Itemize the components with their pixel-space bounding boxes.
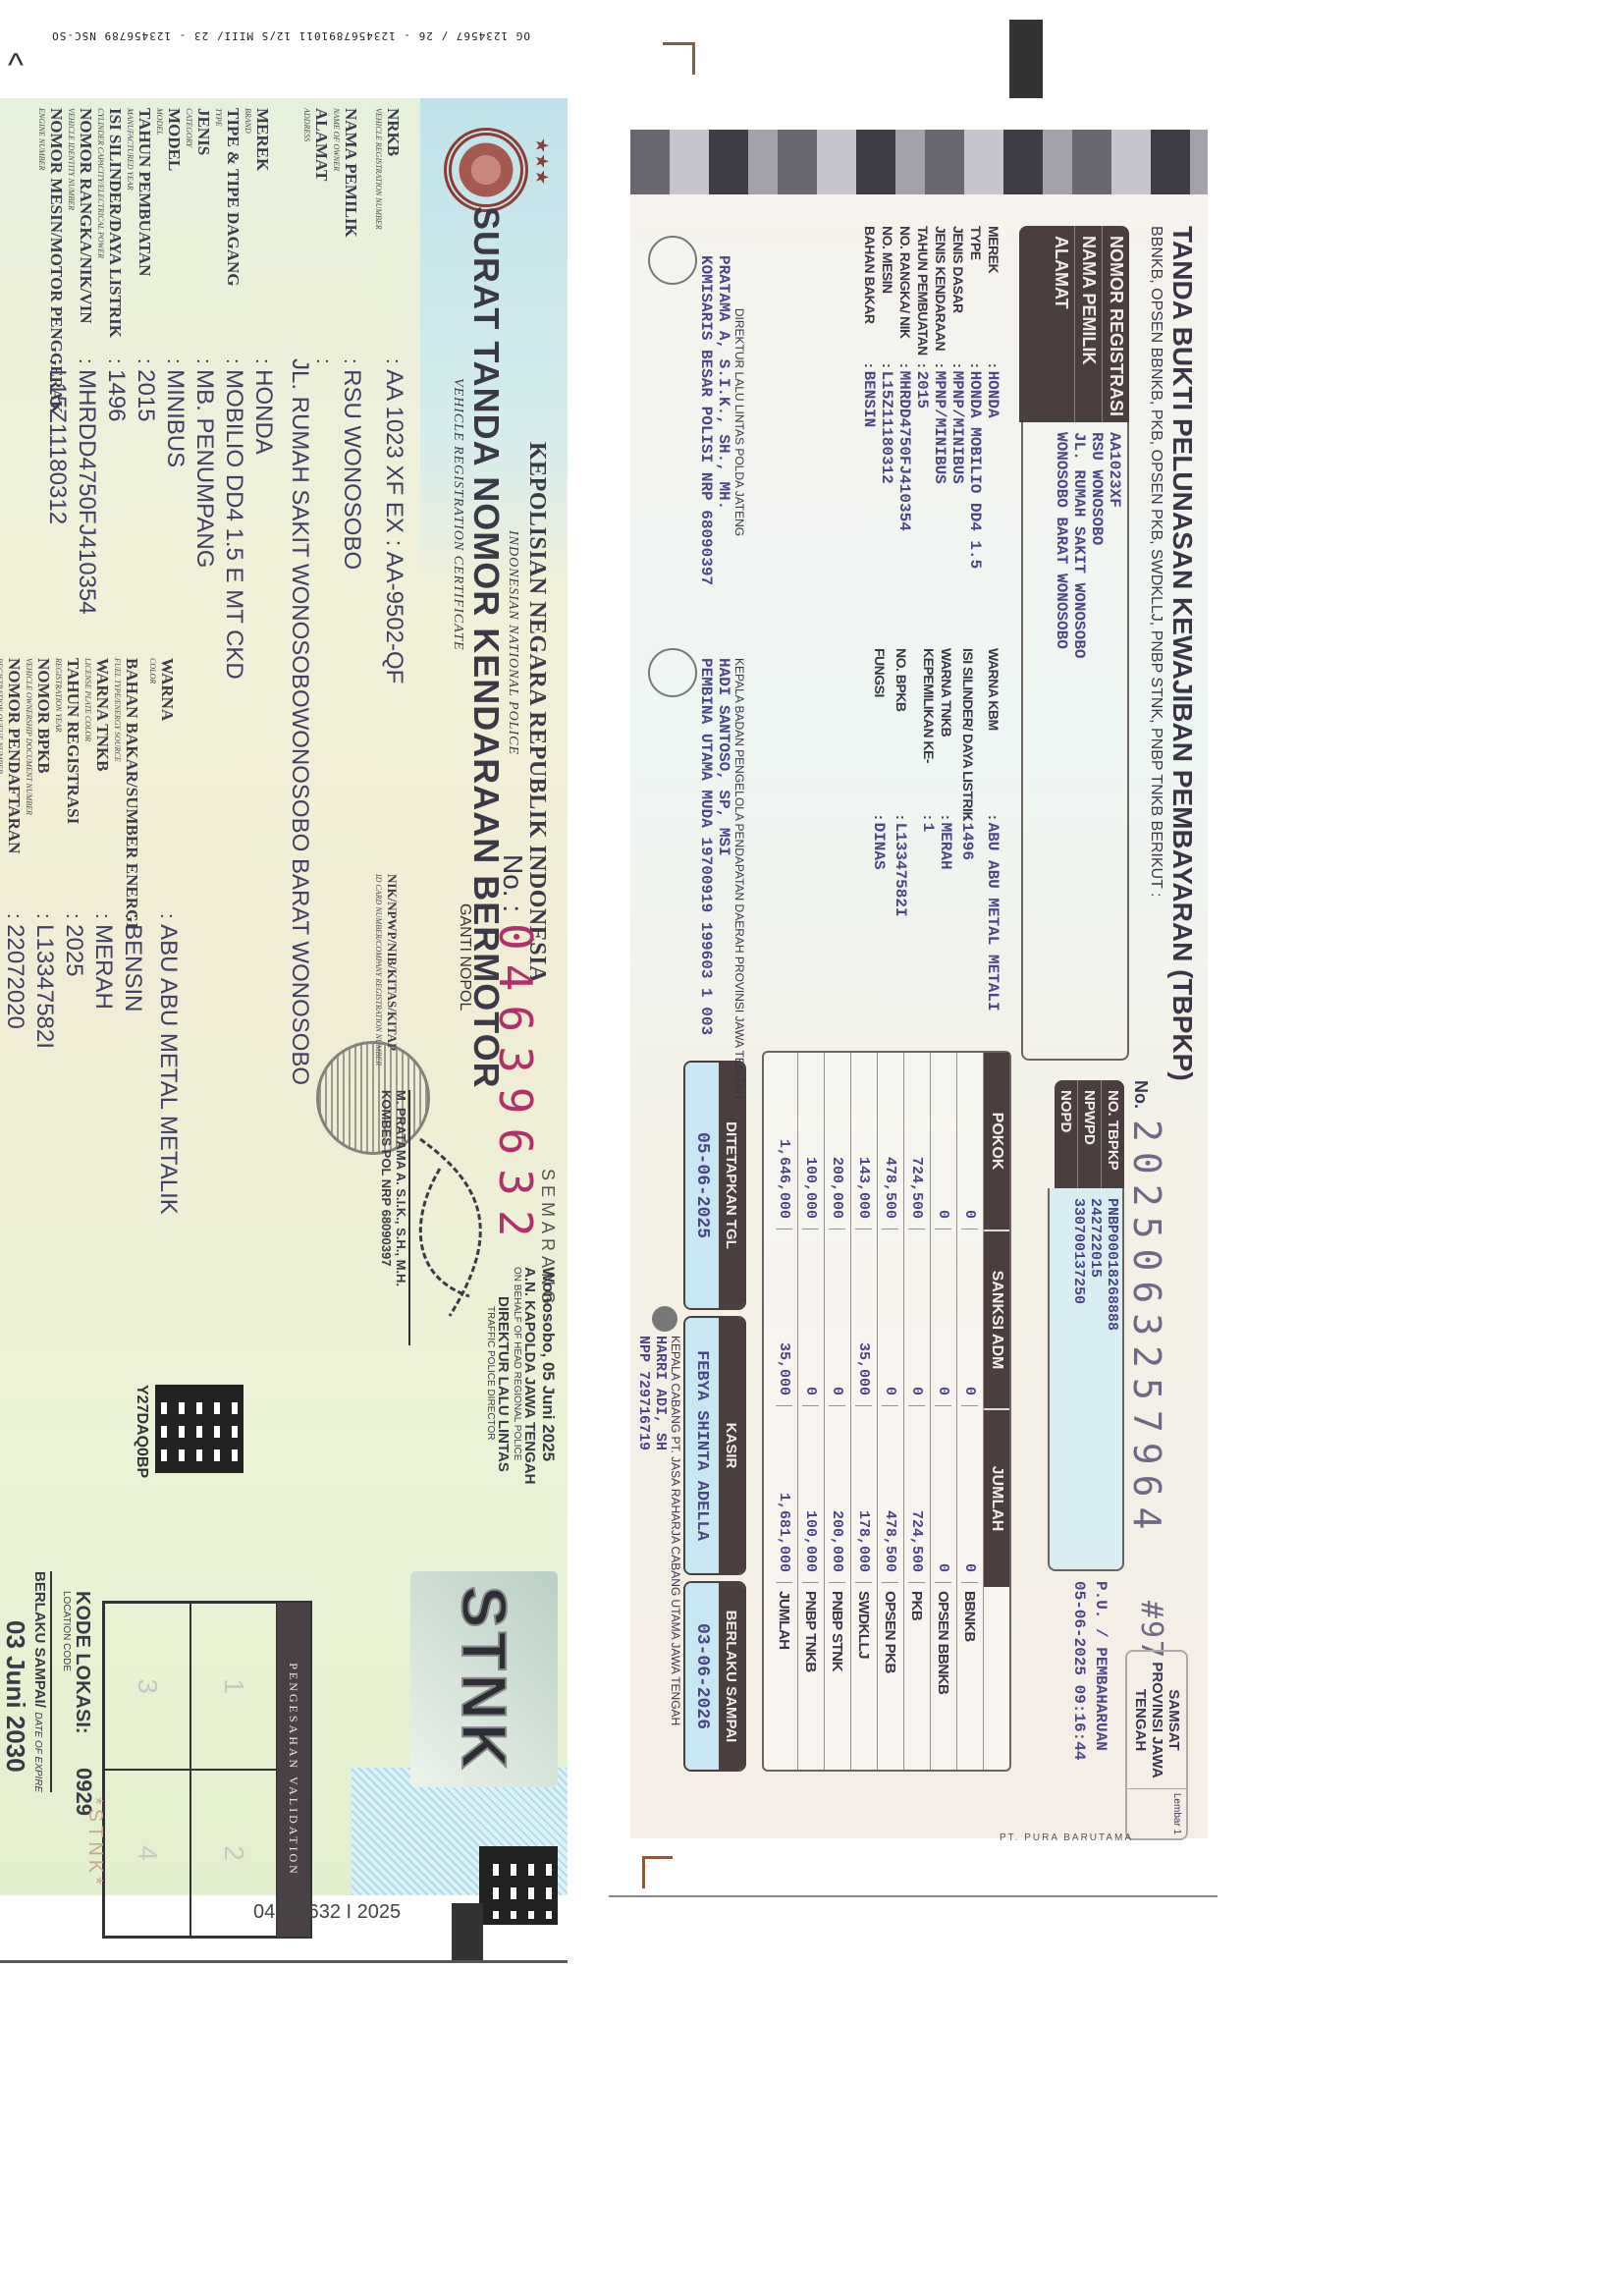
field-sublabel: FUEL TYPE/ENERGY SOURCE [113,658,122,884]
place-date: Wonosobo, 05 Juni 2025 [538,1267,558,1581]
field-label: JENIS KENDARAAN [931,226,948,363]
kasir-value: FEBYA SHINTA ADELLA [685,1318,719,1573]
signature-icon [401,1129,509,1326]
field-label: NO. RANGKA/ NIK [895,226,913,363]
expiry-value: 03 Juni 2030 [0,1620,30,1792]
kasir-label: KASIR [719,1318,744,1573]
field-label: TAHUN PEMBUATAN [135,108,154,276]
stnk-watermark: *STNK* [83,1797,106,1888]
fee-row: 143,00035,000178,000SWDKLLJ [851,1053,878,1770]
field-sublabel: VEHICLE IDENTITY NUMBER [67,108,76,354]
corner-caret-icon: ^ [8,47,24,85]
label-owner: NAMA PEMILIK [1074,226,1102,422]
field-sublabel: LICENSE PLATE COLOR [83,658,92,884]
registration-mark [1009,20,1043,98]
category-value: MB. PENUMPANG [191,369,218,568]
fee-cell-item: BBNKB [962,1583,979,1770]
address-line1: JL. RUMAH SAKIT WONOSOBO [1070,432,1088,1049]
field-label: KEPEMILIKAN KE- [909,648,937,815]
label-nopd: NOPD [1055,1080,1077,1188]
field-sublabel: ENGINE NUMBER [37,108,46,354]
stnk-strip-text: OG 1234567 / 26 - 1234567891011 12/S MII… [20,29,530,42]
tbpkp-number-label: No. [1130,1080,1151,1109]
field-label: ISI SILINDER/DAYA LISTRIK [106,108,125,338]
id-value-box: PNBP00018268888 242722015 330700137250 [1048,1188,1124,1571]
registration-value: AA1023XF [1106,432,1123,1049]
fee-cell-item: PNBP TNKB [803,1583,820,1770]
fee-row: 000OPSEN BBNKB [931,1053,957,1770]
director-title: DIREKTUR LALU LINTAS [495,1296,512,1581]
field-label: NOMOR BPKB [34,658,53,774]
corner-mark [642,1856,673,1888]
field-sublabel: CATEGORY [185,108,193,354]
fee-table: POKOK SANKSI ADM JUMLAH 000BBNKB000OPSEN… [762,1051,1011,1772]
fee-cell-jumlah: 178,000 [856,1406,873,1583]
barcode-mark [452,1903,483,1962]
qr-code-text: Y27DAQ0BP [133,1385,150,1478]
signature-director: DIREKTUR LALU LINTAS POLDA JATENG PRATAM… [697,255,746,589]
field-label: NO. BPKB [888,648,909,815]
stnk-logo-text: STNK [448,1586,520,1773]
fee-cell-sanksi: 0 [803,1230,820,1406]
fee-cell-jumlah: 0 [936,1406,952,1583]
bpkb-number-value: L13347582I [31,924,58,1049]
color-value: ABU ABU METAL METALIK [155,924,182,1215]
tbpkp-no-value: PNBP00018268888 [1104,1198,1120,1559]
an-kapolda: A.N. KAPOLDA JAWA TENGAH [521,1267,538,1581]
signature-bapenda: KEPALA BADAN PENGELOLA PENDAPATAN DAERAH… [697,658,746,1051]
field-label: JENIS DASAR [948,226,966,363]
police-emblem-icon [444,128,528,212]
signer-rank: KOMBES POL NRP 68090397 [379,1090,394,1345]
samsat-box: SAMSAT PROVINSI JAWA TENGAH Lembar 1 [1125,1650,1188,1840]
fee-cell-item: PNBP STNK [830,1583,846,1770]
bpkb-value: L13347582I [888,823,909,917]
document-subtitle: VEHICLE REGISTRATION CERTIFICATE [450,378,465,651]
fee-cell-jumlah: 200,000 [830,1406,846,1583]
field-label: TYPE [966,226,984,363]
location-code-sub: LOCATION CODE [61,1591,71,1816]
field-label: WARNA KBM [976,648,1001,815]
sign2-title: KEPALA BADAN PENGELOLA PENDAPATAN DAERAH… [732,658,746,1051]
engine-value: L15Z11180312 [878,371,895,484]
year-value: 2015 [913,371,931,409]
hologram-foil-strip [630,130,1208,194]
fee-row: 100,0000100,000PNBP TNKB [798,1053,825,1770]
fee-cell-jumlah: 724,500 [909,1406,926,1583]
plate-color-value: MERAH [937,823,954,870]
address-value: JL. RUMAH SAKIT WONOSOBOWONOSOBO BARAT W… [287,358,313,1085]
vehicle-type-value: MPNP/MINIBUS [931,371,948,484]
nrkb-value: AA 1023 XF EX : AA-9502-QF [381,369,407,683]
fee-cell-pokok: 478,500 [883,1053,899,1230]
field-label: MODEL [165,108,184,171]
fee-cell-pokok: 0 [936,1053,952,1230]
engine-number-value: L15Z11180312 [44,369,71,524]
fee-table-header: POKOK SANKSI ADM JUMLAH [984,1053,1009,1770]
sign2-rank: PEMBINA UTAMA MUDA 19700919 199603 1 003 [697,658,715,1051]
color-value: ABU ABU METAL METALI [976,823,1001,1011]
ditetapkan-value: 05-06-2025 [685,1063,719,1308]
ownership-value: 1 [909,823,937,833]
validation-header: PENGESAHAN VALIDATION [277,1603,310,1937]
owner-name-value: RSU WONOSOBO [339,369,365,570]
validation-cell: 4 [104,1770,190,1937]
owner-value-box: AA1023XF RSU WONOSOBO JL. RUMAH SAKIT WO… [1021,422,1129,1061]
sign1-title: DIREKTUR LALU LINTAS POLDA JATENG [732,255,746,589]
on-behalf: ON BEHALF OF HEAD REGIONAL POLICE [512,1267,521,1581]
expiry-block: BERLAKU SAMPAI/ DATE OF EXPIRE 03 Juni 2… [0,1571,52,1792]
registration-year-value: 2025 [61,924,87,976]
fee-cell-jumlah: 0 [962,1406,979,1583]
label-address: ALAMAT [1019,226,1074,422]
sign3-title: KEPALA CABANG PT. JASA RAHARJA CABANG UT… [669,1336,682,1650]
fee-cell-jumlah: 478,500 [883,1406,899,1583]
field-label: NOMOR RANGKA/NIK/VIN [77,108,95,324]
col-pokok: POKOK [984,1053,1009,1230]
plate-color-value: MERAH [90,924,117,1010]
fee-cell-pokok: 0 [962,1053,979,1230]
label-tbpkp-no: NO. TBPKP [1101,1080,1124,1188]
fee-row: 200,0000200,000PNBP STNK [825,1053,851,1770]
npwpd-value: 242722015 [1087,1198,1104,1559]
field-label: TAHUN PEMBUATAN [913,226,931,363]
star-icon: ★★★ [534,137,550,185]
sign1-name: PRATAMA A, S.I.K., SH., MH. [715,255,732,589]
fee-row: 724,5000724,500PKB [904,1053,931,1770]
label-registration: NOMOR REGISTRASI [1102,226,1129,422]
function-value: DINAS [870,823,888,870]
samsat-label: SAMSAT PROVINSI JAWA TENGAH [1127,1652,1186,1789]
field-sublabel: MODEL [155,108,164,354]
field-sublabel: ADDRESS [302,108,311,354]
tbpkp-content: TANDA BUKTI PELUNASAN KEWAJIBAN PEMBAYAR… [630,196,1208,1866]
vehicle-extra-labels: WARNACOLOR BAHAN BAKAR/SUMBER ENERGIFUEL… [0,658,175,884]
berlaku-value: 03-06-2026 [685,1583,719,1770]
fee-cell-pokok: 724,500 [909,1053,926,1230]
perforation-line [0,1960,568,1963]
fee-row: 1,646,00035,0001,681,000JUMLAH [772,1053,798,1770]
location-code-label: KODE LOKASI: [72,1591,93,1734]
berlaku-pill: BERLAKU SAMPAI 03-06-2026 [683,1581,746,1772]
printer-name: PT. PURA BARUTAMA [1000,1832,1133,1843]
year-value: 2015 [133,369,159,421]
field-label: WARNA [158,658,177,721]
berlaku-label: BERLAKU SAMPAI [719,1583,744,1770]
fee-row: 478,5000478,500OPSEN PKB [878,1053,904,1770]
ganti-nopol: GANTI NOPOL [456,903,473,1011]
fee-cell-sanksi: 0 [936,1230,952,1406]
fuel-value: BENSIN [860,371,878,428]
field-sublabel: REGISTRATION QUEUE NUMBER [0,658,4,884]
field-sublabel: VEHICLE OWNERSHIP DOCUMENT NUMBER [25,658,33,884]
field-label: NOMOR PENDAFTARAN [5,658,24,853]
signature-jasa-raharja: KEPALA CABANG PT. JASA RAHARJA CABANG UT… [635,1336,682,1650]
nopd-value: 330700137250 [1070,1198,1087,1559]
col-jumlah: JUMLAH [984,1408,1009,1587]
owner-value: RSU WONOSOBO [1088,432,1106,1049]
col-sanksi: SANKSI ADM [984,1230,1009,1408]
vehicle-extra-values: : ABU ABU METAL METALIK : BENSIN : MERAH… [0,913,180,1503]
field-label: JENIS [194,108,213,155]
fee-cell-sanksi: 35,000 [856,1230,873,1406]
sign3-name: HARRI ADI, SH [652,1336,669,1650]
stnk-top-strip: OG 1234567 / 26 - 1234567891011 12/S MII… [20,29,530,42]
field-label: TIPE & TIPE DAGANG [224,108,243,287]
fee-cell-sanksi: 0 [883,1230,899,1406]
sheet-label: Lembar 1 [1127,1789,1186,1838]
fee-cell-sanksi: 0 [830,1230,846,1406]
field-label: WARNA TNKB [93,658,112,771]
bapenda-seal-icon [648,648,697,697]
fee-cell-jumlah: 1,681,000 [777,1406,793,1583]
fee-cell-pokok: 143,000 [856,1053,873,1230]
validation-table: PENGESAHAN VALIDATION 1 2 3 4 [102,1601,312,1939]
kasir-pill: KASIR FEBYA SHINTA ADELLA [683,1316,746,1575]
field-sublabel: VEHICLE REGISTRATION NUMBER [374,108,383,354]
field-sublabel: BRAND [244,108,252,354]
field-sublabel: MANUFACTURED YEAR [126,108,135,354]
fee-cell-item: PKB [909,1583,926,1770]
fee-rows: 000BBNKB000OPSEN BBNKB724,5000724,500PKB… [772,1053,984,1770]
field-label: NO. MESIN [878,226,895,363]
brand-value: HONDA [250,369,277,455]
field-label: WARNA TNKB [937,648,954,815]
tbpkp-title: TANDA BUKTI PELUNASAN KEWAJIBAN PEMBAYAR… [1166,226,1198,1081]
fee-row: 000BBNKB [957,1053,984,1770]
fee-cell-pokok: 1,646,000 [777,1053,793,1230]
registration-queue-value: 22072020 [2,924,28,1029]
field-sublabel: NAME OF OWNER [332,108,341,354]
expiry-label: BERLAKU SAMPAI/ [31,1571,48,1708]
field-label: FUNGSI [870,648,888,815]
fee-cell-jumlah: 100,000 [803,1406,820,1583]
type-value: HONDA MOBILIO DD4 1.5 [966,371,984,570]
serial-label: No. : [497,854,528,912]
field-label: ISI SILINDER/ DAYA LISTRIK [954,648,976,815]
field-sublabel: REGISTRATION YEAR [54,658,63,884]
vin-value: MHRDD4750FJ410354 [74,369,100,614]
cylinder-value: 1496 [954,823,976,860]
fee-cell-sanksi: 0 [962,1230,979,1406]
field-label: MEREK [984,226,1001,363]
field-label: BAHAN BAKAR [860,226,878,363]
fee-cell-item: SWDKLLJ [856,1583,873,1770]
qr-code-icon [155,1385,244,1473]
owner-labels: NRKBVEHICLE REGISTRATION NUMBER NAMA PEM… [34,108,401,354]
footer-serial: 04639632 I 2025 [253,1901,401,1924]
location-code: KODE LOKASI: 0929 LOCATION CODE [61,1591,96,1816]
model-value: MINIBUS [162,369,189,467]
vin-value: MHRDD4750FJ410354 [895,371,913,531]
transaction-type: P.U. / PEMBAHARUAN [1092,1581,1110,1751]
sign3-rank: NPP 729716719 [635,1336,652,1650]
nik-label: NIK/NPWP/NIB/KITAS/KITAP [385,874,400,1051]
base-type-value: MPNP/MINIBUS [948,371,966,484]
field-label: ALAMAT [312,108,331,181]
stnk-hologram-logo: STNK [410,1571,558,1787]
fee-cell-pokok: 200,000 [830,1053,846,1230]
fee-cell-item: OPSEN PKB [883,1583,899,1770]
sign2-name: HADI SANTOSO, SP, MSI [715,658,732,1051]
address-line2: WONOSOBO BARAT WONOSOBO [1053,432,1070,1049]
director-title-en: TRAFFIC POLICE DIRECTOR [485,1306,495,1581]
expiry-sub: DATE OF EXPIRE [32,1712,43,1792]
fuel-value: BENSIN [120,924,146,1011]
ditetapkan-label: DITETAPKAN TGL [719,1063,744,1308]
field-sublabel: CYLINDER CAPACITY/ELECTRICAL POWER [96,108,105,354]
field-label: TAHUN REGISTRASI [64,658,82,824]
type-value: MOBILIO DD4 1.5 E MT CKD [221,369,247,680]
police-seal-icon [648,236,697,285]
transaction-time: 05-06-2025 09:16:44 [1070,1581,1088,1760]
field-label: NRKB [384,108,403,156]
perforation-line [609,1895,1218,1897]
qr-code-icon [479,1846,558,1925]
fee-cell-pokok: 100,000 [803,1053,820,1230]
tbpkp-subtitle: BBNKB, OPSEN BBNKB, PKB, OPSEN PKB, SWDK… [1147,226,1164,897]
field-label: BAHAN BAKAR/SUMBER ENERGI [123,658,141,929]
field-label: NAMA PEMILIK [342,108,360,238]
validation-cell: 3 [104,1603,190,1770]
field-label: MEREK [253,108,272,171]
brand-value: HONDA [984,371,1001,418]
field-sublabel: TYPE [214,108,223,354]
field-sublabel: COLOR [148,658,157,884]
owner-label-box: NOMOR REGISTRASI NAMA PEMILIK ALAMAT [1019,226,1129,422]
fee-cell-sanksi: 35,000 [777,1230,793,1406]
fee-cell-sanksi: 0 [909,1230,926,1406]
sign1-rank: KOMISARIS BESAR POLISI NRP 68090397 [697,255,715,589]
stnk-content: ★★★ KEPOLISIAN NEGARA REPUBLIK INDONESIA… [0,98,568,1895]
label-npwpd: NPWPD [1077,1080,1101,1188]
agency-subtitle: INDONESIAN NATIONAL POLICE [505,530,520,755]
cylinder-value: 1496 [103,369,130,421]
corner-mark [663,42,695,75]
fee-cell-item: JUMLAH [777,1583,793,1770]
validation-cell: 1 [190,1603,277,1770]
jasa-raharja-logo-icon [652,1306,677,1332]
tbpkp-number: 2025063257964 [1125,1120,1168,1539]
id-label-box: NO. TBPKP NPWPD NOPD [1055,1080,1124,1188]
fee-cell-item: OPSEN BBNKB [936,1583,952,1770]
